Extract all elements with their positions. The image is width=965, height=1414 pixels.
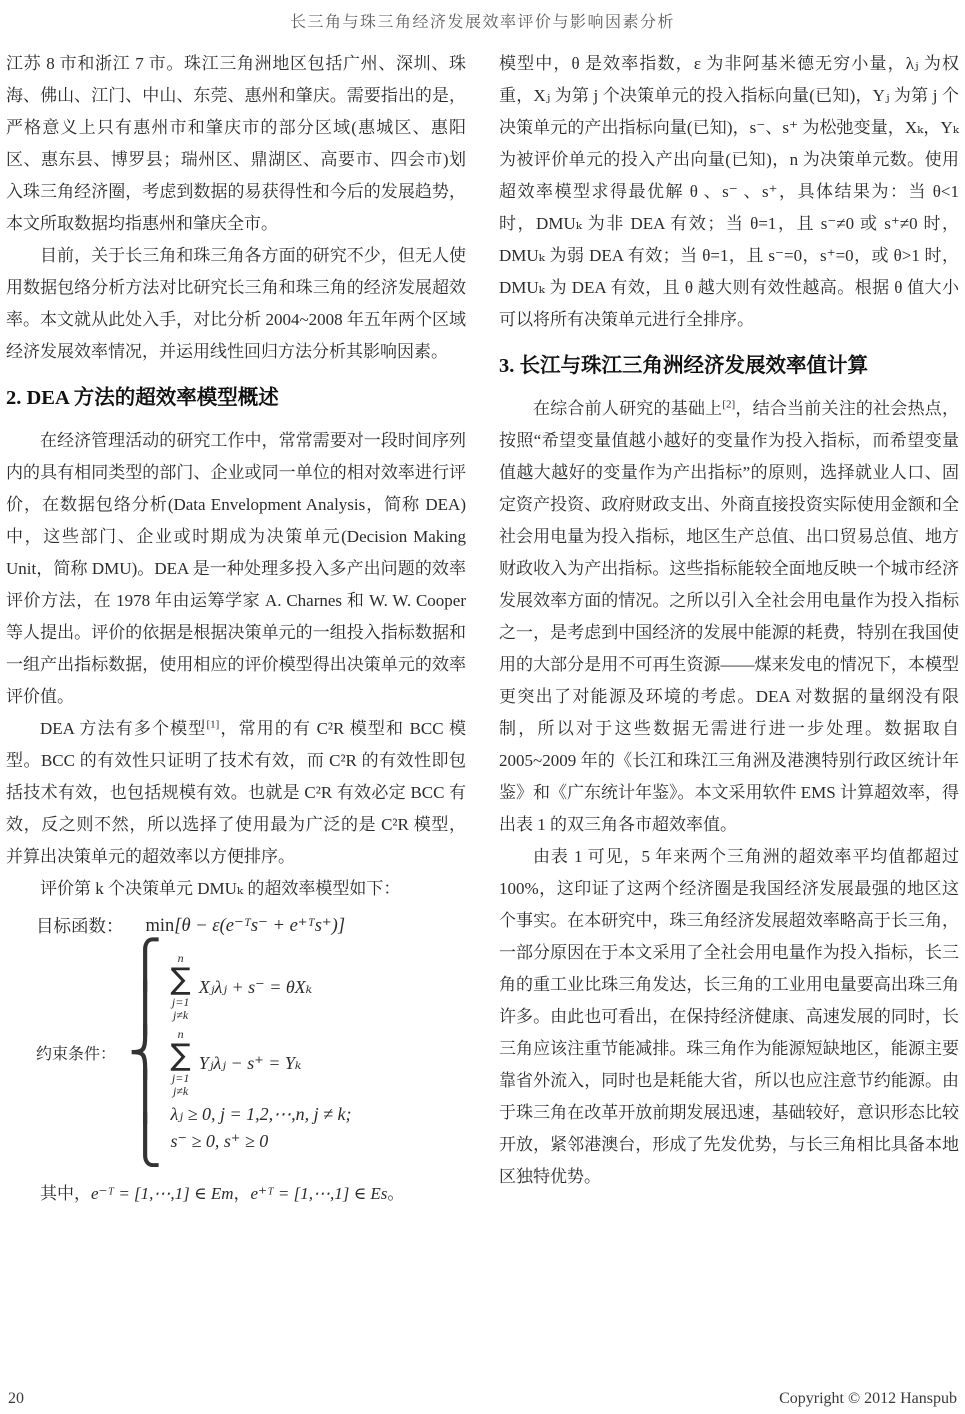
- superefficiency-model-formula: 目标函数： min[θ − ε(e⁻ᵀs⁻ + e⁺ᵀs⁺)] 约束条件： ⎧⎪…: [6, 913, 466, 1210]
- objective-label: 目标函数：: [36, 913, 124, 938]
- page-number: 20: [8, 1390, 24, 1408]
- where-separator: ，: [234, 1184, 251, 1203]
- indicators-text-before: 在综合前人研究的基础上: [533, 399, 722, 418]
- objective-function-row: 目标函数： min[θ − ε(e⁻ᵀs⁻ + e⁺ᵀs⁺)]: [6, 913, 466, 938]
- constraint-3: λⱼ ≥ 0, j = 1,2,⋯,n, j ≠ k;: [171, 1104, 352, 1125]
- paper-page: 长三角与珠三角经济发展效率评价与影响因素分析 江苏 8 市和浙江 7 市。珠江三…: [0, 0, 965, 1414]
- constraint-3-expression: λⱼ ≥ 0, j = 1,2,⋯,n, j ≠ k;: [171, 1104, 352, 1125]
- paragraph-indicators: 在综合前人研究的基础上[2]，结合当前关注的社会热点，按照“希望变量值越小越好的…: [499, 393, 959, 841]
- paragraph-model-lead-in: 评价第 k 个决策单元 DMUₖ 的超效率模型如下：: [6, 873, 466, 905]
- sum-1-lower-limit-2: j≠k: [173, 1009, 188, 1022]
- summation-2: n ∑ j=1 j≠k: [171, 1028, 191, 1098]
- paragraph-model-variables: 模型中，θ 是效率指数，ε 为非阿基米德无穷小量，λⱼ 为权重，Xⱼ 为第 j …: [499, 48, 959, 336]
- page-header: 长三角与珠三角经济发展效率评价与影响因素分析: [6, 6, 959, 48]
- sigma-icon: ∑: [171, 1040, 191, 1072]
- objective-expression: min[θ − ε(e⁻ᵀs⁻ + e⁺ᵀs⁺)]: [146, 915, 346, 937]
- constraint-1: n ∑ j=1 j≠k Xⱼλⱼ + s⁻ = θXₖ: [171, 952, 352, 1022]
- where-clause: 其中，e⁻ᵀ = [1,⋯,1] ∈ Em，e⁺ᵀ = [1,⋯,1] ∈ Es…: [6, 1178, 466, 1210]
- brace-ext-1: ⎪: [128, 986, 163, 1030]
- citation-ref-1: [1]: [206, 718, 219, 730]
- brace-top: ⎧: [128, 942, 163, 986]
- constraint-4-expression: s⁻ ≥ 0, s⁺ ≥ 0: [171, 1131, 269, 1152]
- where-label: 其中，: [40, 1184, 91, 1203]
- curly-brace: ⎧⎪⎨⎪⎩: [128, 942, 163, 1162]
- brace-mid: ⎨: [128, 1030, 163, 1074]
- citation-ref-2: [2]: [722, 398, 735, 410]
- dea-models-text-after: ，常用的有 C²R 模型和 BCC 模型。BCC 的有效性只证明了技术有效，而 …: [6, 719, 466, 866]
- brace-bottom: ⎩: [128, 1118, 163, 1162]
- sum-2-lower-limit-2: j≠k: [173, 1085, 188, 1098]
- running-title: 长三角与珠三角经济发展效率评价与影响因素分析: [6, 6, 959, 48]
- constraint-1-expression: Xⱼλⱼ + s⁻ = θXₖ: [199, 977, 313, 998]
- where-end: 。: [387, 1184, 404, 1203]
- summation-1: n ∑ j=1 j≠k: [171, 952, 191, 1022]
- paragraph-table1-discussion: 由表 1 可见，5 年来两个三角洲的超效率平均值都超过 100%，这印证了这两个…: [499, 841, 959, 1193]
- constraints-row: 约束条件： ⎧⎪⎨⎪⎩ n ∑ j=1 j≠k Xⱼλⱼ + s⁻: [6, 942, 466, 1162]
- constraint-2: n ∑ j=1 j≠k Yⱼλⱼ − s⁺ = Yₖ: [171, 1028, 352, 1098]
- paragraph-dea-models: DEA 方法有多个模型[1]，常用的有 C²R 模型和 BCC 模型。BCC 的…: [6, 713, 466, 873]
- paragraph-region-scope: 江苏 8 市和浙江 7 市。珠江三角洲地区包括广州、深圳、珠海、佛山、江门、中山…: [6, 48, 466, 240]
- indicators-text-after: ，结合当前关注的社会热点，按照“希望变量值越小越好的变量作为投入指标，而希望变量…: [499, 399, 959, 834]
- two-column-layout: 江苏 8 市和浙江 7 市。珠江三角洲地区包括广州、深圳、珠海、佛山、江门、中山…: [6, 48, 959, 1210]
- min-operator: min: [146, 916, 175, 936]
- constraint-4: s⁻ ≥ 0, s⁺ ≥ 0: [171, 1131, 352, 1152]
- page-footer: 20 Copyright © 2012 Hanspub: [8, 1390, 957, 1408]
- dea-models-text-before: DEA 方法有多个模型: [40, 719, 206, 738]
- copyright: Copyright © 2012 Hanspub: [779, 1390, 957, 1408]
- constraints-label: 约束条件：: [36, 1041, 116, 1064]
- where-expression-2: e⁺ᵀ = [1,⋯,1] ∈ Es: [251, 1184, 388, 1203]
- left-column: 江苏 8 市和浙江 7 市。珠江三角洲地区包括广州、深圳、珠海、佛山、江门、中山…: [6, 48, 466, 1210]
- objective-body: [θ − ε(e⁻ᵀs⁻ + e⁺ᵀs⁺)]: [174, 916, 345, 936]
- section-2-heading: 2. DEA 方法的超效率模型概述: [6, 384, 466, 412]
- paragraph-research-gap: 目前，关于长三角和珠三角各方面的研究不少，但无人使用数据包络分析方法对比研究长三…: [6, 240, 466, 368]
- constraint-2-expression: Yⱼλⱼ − s⁺ = Yₖ: [199, 1053, 302, 1074]
- section-3-heading: 3. 长江与珠江三角洲经济发展效率值计算: [499, 352, 959, 380]
- right-column: 模型中，θ 是效率指数，ε 为非阿基米德无穷小量，λⱼ 为权重，Xⱼ 为第 j …: [499, 48, 959, 1210]
- brace-ext-2: ⎪: [128, 1074, 163, 1118]
- where-expression-1: e⁻ᵀ = [1,⋯,1] ∈ Em: [91, 1184, 234, 1203]
- paragraph-dea-intro: 在经济管理活动的研究工作中，常常需要对一段时间序列内的具有相同类型的部门、企业或…: [6, 425, 466, 713]
- sigma-icon: ∑: [171, 964, 191, 996]
- constraint-lines: n ∑ j=1 j≠k Xⱼλⱼ + s⁻ = θXₖ n ∑ j: [171, 952, 352, 1152]
